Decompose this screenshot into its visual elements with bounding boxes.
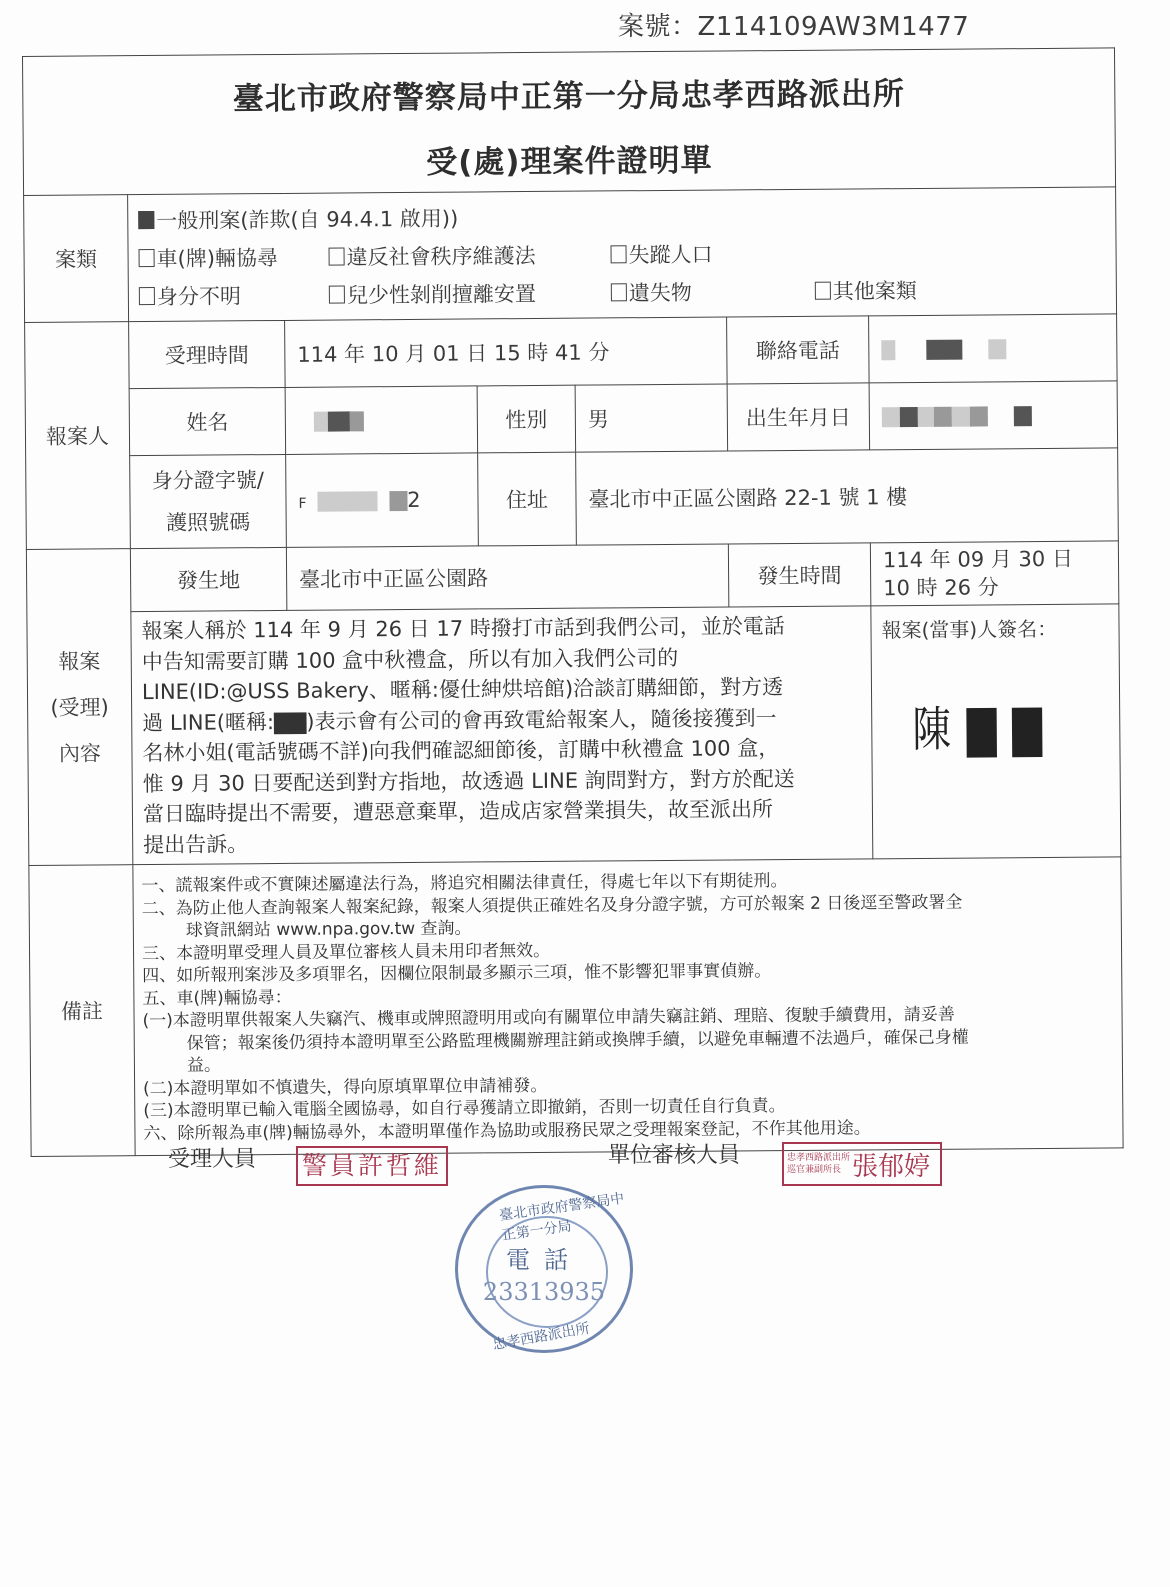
category-other[interactable]: 其他案類 xyxy=(815,275,917,306)
reviewer-label: 單位審核人員 xyxy=(608,1138,740,1169)
police-station-seal: 臺北市政府警察局中正第一分局 忠孝西路派出所 電話 23313935 xyxy=(455,1185,633,1353)
location-label: 發生地 xyxy=(130,547,286,611)
checkbox-icon[interactable] xyxy=(611,245,627,263)
received-time-value: 114 年 10 月 01 日 15 時 41 分 xyxy=(285,317,728,387)
checkbox-icon[interactable] xyxy=(139,249,155,267)
id-number-value-redacted: F 2 xyxy=(286,453,479,548)
case-number-value: Z114109AW3M1477 xyxy=(698,12,970,42)
phone-value-redacted xyxy=(869,314,1118,383)
case-certificate-form: 臺北市政府警察局中正第一分局忠孝西路派出所 受(處)理案件證明單 案類 一般刑案… xyxy=(22,47,1123,1157)
receiver-label: 受理人員 xyxy=(168,1142,256,1173)
category-missing-person[interactable]: 失蹤人口 xyxy=(610,239,712,270)
signature-label: 報案(當事)人簽名： xyxy=(881,612,1108,643)
case-number-label: 案號： xyxy=(618,12,698,42)
reporter-section-label: 報案人 xyxy=(25,322,131,550)
form-header: 臺北市政府警察局中正第一分局忠孝西路派出所 受(處)理案件證明單 xyxy=(23,48,1116,196)
remarks-label: 備註 xyxy=(29,865,135,1157)
category-social-order[interactable]: 違反社會秩序維護法 xyxy=(328,239,610,271)
category-vehicle-search[interactable]: 車(牌)輛協尋 xyxy=(138,242,328,273)
reporter-signature: 陳▇▇ xyxy=(912,690,1058,760)
reviewer-stamp: 忠孝西路派出所 巡官兼副所長 張郁婷 xyxy=(782,1142,942,1186)
gender-value: 男 xyxy=(575,384,728,452)
category-child-exploitation[interactable]: 兒少性剝削擅離安置 xyxy=(329,277,611,309)
content-section-label: 報案 (受理) 內容 xyxy=(26,549,132,866)
received-time-label: 受理時間 xyxy=(129,320,286,388)
id-number-label: 身分證字號/ 護照號碼 xyxy=(130,454,287,548)
report-content: 報案人稱於 114 年 9 月 26 日 17 時撥打市話到我們公司，並於電話 … xyxy=(131,606,873,865)
signature-box: 報案(當事)人簽名： 陳▇▇ xyxy=(871,604,1121,859)
phone-label: 聯絡電話 xyxy=(727,316,870,384)
checkbox-icon[interactable] xyxy=(815,282,831,300)
location-value: 臺北市中正區公園路 xyxy=(286,544,728,610)
checkbox-icon[interactable] xyxy=(139,287,155,305)
address-value: 臺北市中正區公園路 22-1 號 1 樓 xyxy=(576,448,1119,545)
incident-time-label: 發生時間 xyxy=(728,543,870,607)
checkbox-icon[interactable] xyxy=(329,247,345,265)
address-label: 住址 xyxy=(478,452,577,546)
category-unknown-identity[interactable]: 身分不明 xyxy=(139,280,329,311)
birthdate-value-redacted xyxy=(869,381,1118,450)
checkbox-checked-icon[interactable] xyxy=(138,211,154,229)
case-category-label: 案類 xyxy=(24,195,129,323)
receiver-stamp: 警員許哲維 xyxy=(296,1146,448,1186)
checkbox-icon[interactable] xyxy=(329,285,345,303)
category-lost-property[interactable]: 遺失物 xyxy=(611,276,815,308)
birthdate-label: 出生年月日 xyxy=(727,383,870,451)
case-number: 案號：Z114109AW3M1477 xyxy=(618,6,969,43)
name-value-redacted xyxy=(285,386,478,455)
remarks-list: 一、謊報案件或不實陳述屬違法行為，將追究相關法律責任，得處七年以下有期徒刑。 二… xyxy=(133,857,1123,1156)
form-title-agency: 臺北市政府警察局中正第一分局忠孝西路派出所 xyxy=(23,48,1114,120)
checkbox-icon[interactable] xyxy=(611,283,627,301)
form-title: 受(處)理案件證明單 xyxy=(24,111,1116,195)
incident-time-value: 114 年 09 月 30 日 10 時 26 分 xyxy=(870,541,1119,606)
name-label: 姓名 xyxy=(129,387,286,455)
gender-label: 性別 xyxy=(477,385,576,453)
case-category-options: 一般刑案(詐欺(自 94.4.1 啟用)) 車(牌)輛協尋 違反社會秩序維護法 … xyxy=(128,187,1117,322)
category-general-criminal[interactable]: 一般刑案(詐欺(自 94.4.1 啟用)) xyxy=(138,203,458,236)
